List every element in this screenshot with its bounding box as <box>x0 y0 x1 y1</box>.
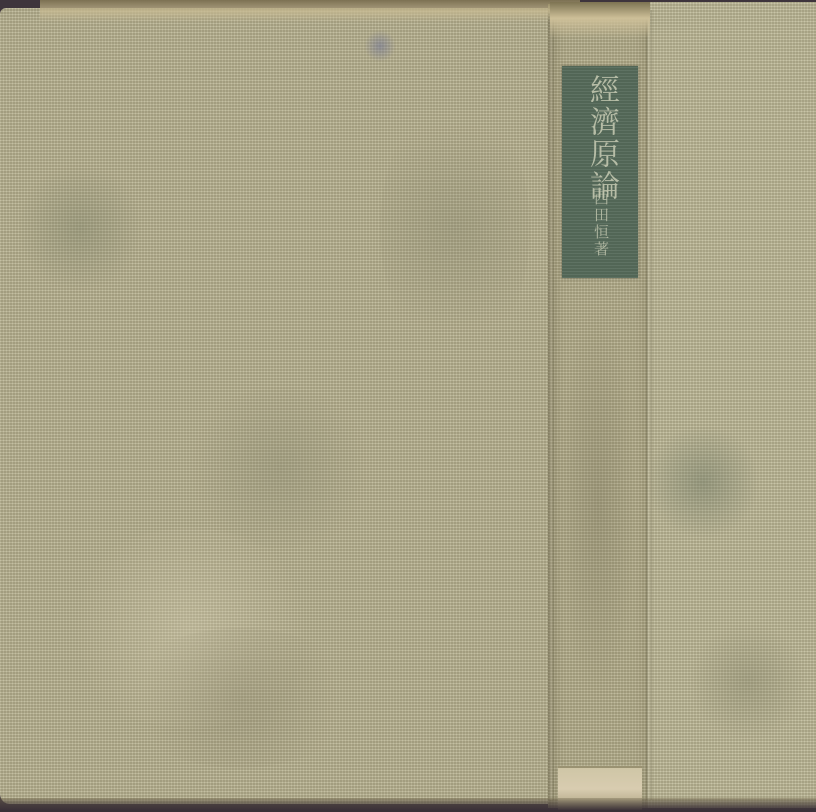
blue-stain <box>364 30 396 62</box>
bottom-edge <box>0 798 816 812</box>
light-patch <box>60 528 320 728</box>
front-cover <box>648 2 816 808</box>
book-author: 西田恒著 <box>584 190 618 258</box>
back-cover <box>0 8 552 804</box>
dark-smudge <box>180 388 380 548</box>
spine-label: 經濟原論 西田恒著 <box>562 66 638 278</box>
dark-smudge <box>120 628 360 768</box>
book-cover-scan: 經濟原論 西田恒著 <box>0 0 816 812</box>
dark-smudge <box>380 98 530 358</box>
frayed-top-edge <box>40 0 580 22</box>
hinge-crease-left <box>548 10 554 800</box>
dark-smudge <box>648 422 758 542</box>
dark-smudge <box>688 622 808 742</box>
dark-smudge <box>20 158 140 298</box>
hinge-crease-right <box>646 10 652 800</box>
book-title: 經濟原論 <box>576 74 626 202</box>
spine-shadow <box>558 304 638 704</box>
spine-head-wear <box>550 2 650 38</box>
